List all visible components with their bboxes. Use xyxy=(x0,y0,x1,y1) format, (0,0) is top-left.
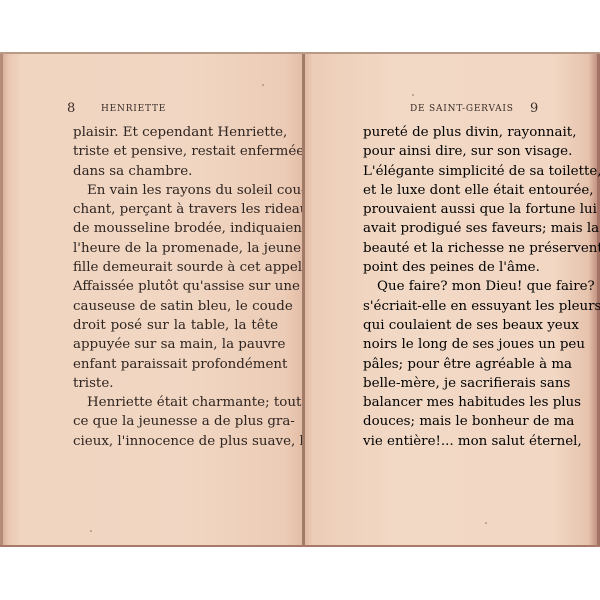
text-line: pureté de plus divin, rayonnait, xyxy=(363,123,539,142)
text-line: belle-mère, je sacrifierais sans xyxy=(363,374,539,393)
text-line: triste. xyxy=(73,374,278,393)
text-line: En vain les rayons du soleil cou- xyxy=(73,181,278,200)
text-line: fille demeurait sourde à cet appel. xyxy=(73,258,278,277)
running-head: DE SAINT-GERVAIS xyxy=(410,104,514,114)
text-line: prouvaient aussi que la fortune lui xyxy=(363,200,539,219)
paper-speck xyxy=(262,84,264,86)
text-line: Que faire? mon Dieu! que faire? xyxy=(363,277,539,296)
text-line: l'heure de la promenade, la jeune xyxy=(73,239,278,258)
left-page: 8 HENRIETTE plaisir. Et cependant Henrie… xyxy=(0,54,303,545)
paper-speck xyxy=(412,94,414,96)
text-line: triste et pensive, restait enfermée xyxy=(73,142,278,161)
text-line: et le luxe dont elle était entourée, xyxy=(363,181,539,200)
text-line: plaisir. Et cependant Henriette, xyxy=(73,123,278,142)
text-line: chant, perçant à travers les rideaux xyxy=(73,200,278,219)
text-line: appuyée sur sa main, la pauvre xyxy=(73,335,278,354)
text-line: L'élégante simplicité de sa toilette, xyxy=(363,162,539,181)
paper-speck xyxy=(485,522,487,524)
text-line: Henriette était charmante; tout xyxy=(73,393,278,412)
text-line: pâles; pour être agréable à ma xyxy=(363,355,539,374)
open-book: 8 HENRIETTE plaisir. Et cependant Henrie… xyxy=(0,52,600,547)
text-line: dans sa chambre. xyxy=(73,162,278,181)
text-line: balancer mes habitudes les plus xyxy=(363,393,539,412)
text-line: droit posé sur la table, la tête xyxy=(73,316,278,335)
text-line: douces; mais le bonheur de ma xyxy=(363,412,539,431)
text-line: Affaissée plutôt qu'assise sur une xyxy=(73,277,278,296)
text-line: noirs le long de ses joues un peu xyxy=(363,335,539,354)
text-line: qui coulaient de ses beaux yeux xyxy=(363,316,539,335)
text-line: de mousseline brodée, indiquaient xyxy=(73,219,278,238)
text-line: beauté et la richesse ne préservent xyxy=(363,239,539,258)
text-line: avait prodigué ses faveurs; mais la xyxy=(363,219,539,238)
text-line: s'écriait-elle en essuyant les pleurs xyxy=(363,297,539,316)
text-line: ce que la jeunesse a de plus gra- xyxy=(73,412,278,431)
text-line: causeuse de satin bleu, le coude xyxy=(73,297,278,316)
text-line: pour ainsi dire, sur son visage. xyxy=(363,142,539,161)
text-line: cieux, l'innocence de plus suave, la xyxy=(73,432,278,451)
page-text: pureté de plus divin, rayonnait,pour ain… xyxy=(363,123,539,451)
text-line: point des peines de l'âme. xyxy=(363,258,539,277)
text-line: vie entière!... mon salut éternel, xyxy=(363,432,539,451)
page-number: 9 xyxy=(530,101,538,116)
running-head: HENRIETTE xyxy=(101,104,166,114)
page-text: plaisir. Et cependant Henriette,triste e… xyxy=(73,123,278,451)
paper-speck xyxy=(90,530,92,532)
text-line: enfant paraissait profondément xyxy=(73,355,278,374)
page-number: 8 xyxy=(67,101,75,116)
